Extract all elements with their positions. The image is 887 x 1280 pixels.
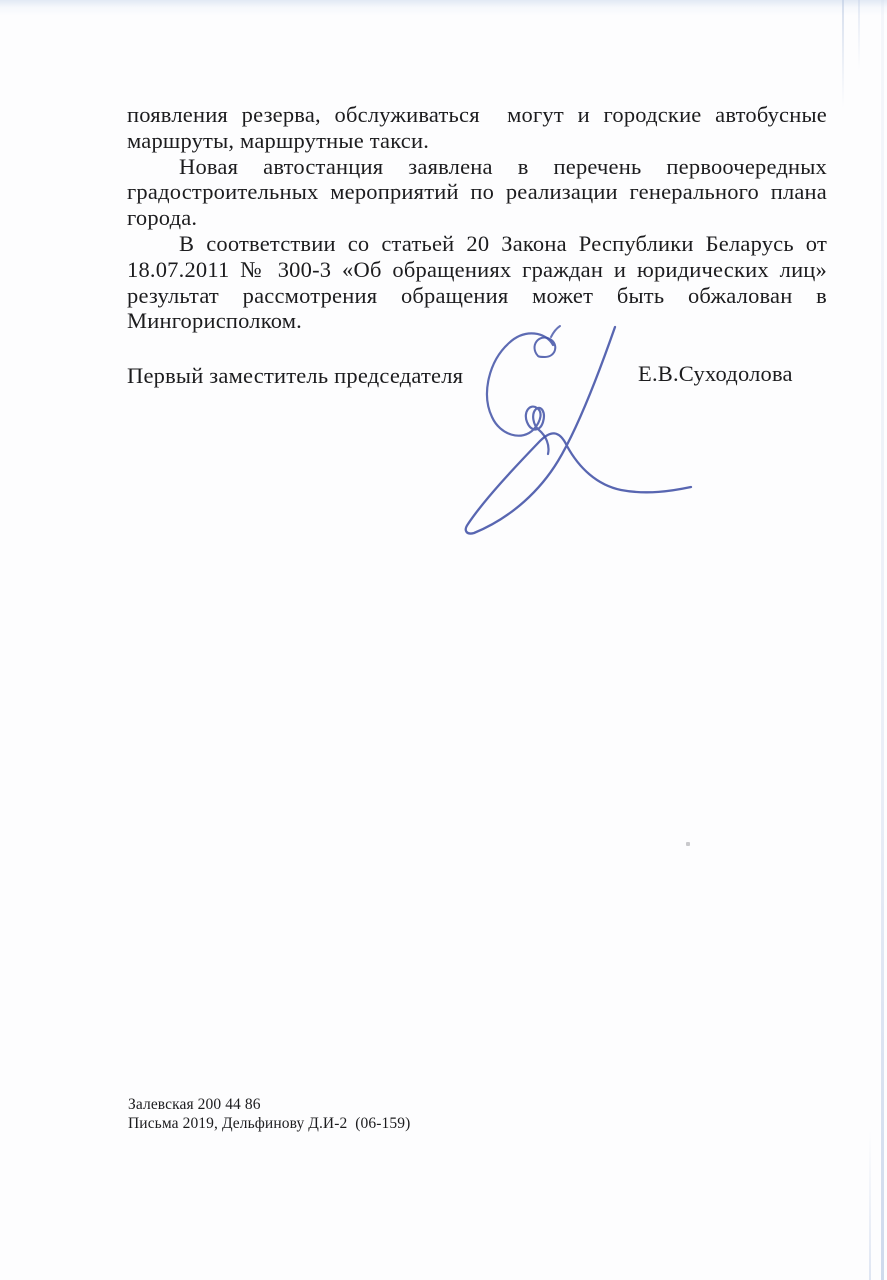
scan-fold-line [842, 0, 844, 108]
body-text-line: Новая автостанция заявлена в перечень пе… [127, 154, 827, 180]
scan-fold-line [858, 0, 860, 70]
handwritten-signature [438, 293, 700, 541]
body-text-line: маршруты, маршрутные такси. [127, 128, 827, 154]
body-text-line: градостроительных мероприятий по реализа… [127, 179, 827, 205]
letter-footer: Залевская 200 44 86 Письма 2019, Дельфин… [128, 1095, 410, 1133]
scanned-letter-page: появления резерва, обслуживаться могут и… [0, 0, 887, 1280]
body-text-line: появления резерва, обслуживаться могут и… [127, 102, 827, 128]
scan-speck-artifact [686, 842, 690, 846]
body-text-line: В соответствии со статьей 20 Закона Респ… [127, 231, 827, 257]
body-text-line: 18.07.2011 № 300-3 «Об обращениях гражда… [127, 257, 827, 283]
signatory-title: Первый заместитель председателя [127, 363, 463, 389]
footer-case-reference: Письма 2019, Дельфинову Д.И-2 (06-159) [128, 1114, 410, 1133]
scan-right-edge-shadow [881, 0, 884, 1280]
body-text-line: города. [127, 205, 827, 231]
footer-executor-phone: Залевская 200 44 86 [128, 1095, 410, 1114]
scan-top-edge-shadow [0, 0, 887, 16]
scan-right-edge-shadow [869, 1130, 871, 1280]
